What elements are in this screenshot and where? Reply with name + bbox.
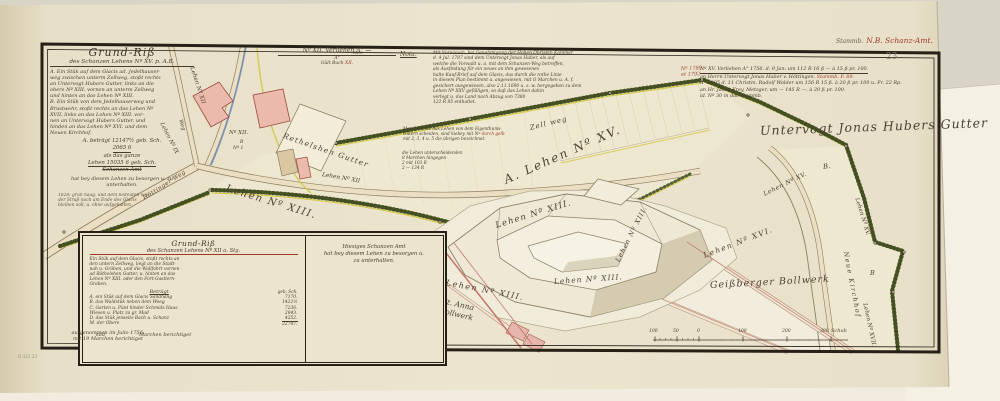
label-no-1789: Nº 1789 et 1792 [681, 65, 702, 78]
table-total-row: M. der Obere22747. [90, 321, 298, 327]
scale-label-100r: 100 [738, 329, 747, 334]
archive-mark: B 322 23 [18, 354, 37, 359]
row-label: M. der Obere [90, 321, 120, 327]
grant-line-1: Nº XV. Verliehen A° 1756. d. 9 Jan: um 1… [700, 66, 868, 74]
nota-heading: Nota. [400, 51, 417, 58]
note-1828: 1828: grün haag, und dem bedeuten was de… [58, 193, 194, 209]
map-title: Grund-Riß [50, 46, 194, 59]
inset-obligation: Hiesiges Schanzen Amt hat bey diesem Leh… [312, 244, 437, 265]
inset-description: Ein Stük auf dem Glacis, stoßt rechts an… [90, 257, 298, 288]
struck-text: Schanzen Amt [50, 167, 194, 174]
row-value: 22747. [282, 321, 297, 327]
label-b-upper: B. [822, 162, 830, 171]
map-subtitle: des Schanzen Lehens Nº XV. p. A.B. [50, 59, 194, 67]
note-marchen: Marchen, die das Lehen von dem Eigenthum… [403, 126, 523, 141]
label-no-1: Nº 1 [233, 146, 243, 151]
heading-xii-line: Nº XII. Verliehen A° — [278, 47, 396, 56]
scale-label-0: 0 [697, 329, 700, 334]
heading-lehen-xii: Nº XII. Verliehen A° — A° Gült Buch XII. [278, 47, 396, 66]
label-tum: tum [353, 51, 363, 57]
header-red-text: N.B. Schanz-Amt. [866, 36, 933, 45]
label-lehen-xii-red: Nº XII. [229, 130, 248, 136]
scale-label-300: 300 [820, 329, 829, 334]
label-b-lower: B [870, 270, 875, 277]
scale-unit: Schuh [831, 328, 847, 334]
inset-grundriss-xii: Grund-Riß des Schanzen Lehens Nº XII a. … [78, 231, 447, 366]
label-b-red: B [240, 140, 243, 145]
scale-label-50: 50 [673, 329, 679, 334]
survey-note: aufgenommen im Julio 1756. mit 19 Marche… [46, 330, 170, 343]
header-prefix: Stammb. [836, 38, 863, 45]
title-description: A. Ein Stük auf dem Glacis ad. Jedelhaus… [50, 69, 194, 136]
inset-subtitle: des Schanzen Lehens Nº XII a. Stg. [90, 248, 298, 256]
nota-body: Mit Vorwissen, bei Genehmigung der Hohen… [433, 51, 638, 106]
nota-block: Nota. Mit Vorwissen, bei Genehmigung der… [400, 51, 638, 106]
note-marchen-b: mit 2, 3, 4 u. 5 die übrigen bezeichnet. [403, 136, 485, 141]
grant-record-block: Nº XV. Verliehen A° 1756. d. 9 Jan: um 1… [700, 55, 942, 99]
guelt-buch: Gült Buch [321, 61, 345, 66]
inset-right-column: Hiesiges Schanzen Amt hat bey diesem Leh… [305, 236, 443, 362]
scale-label-200: 200 [782, 329, 791, 334]
red-header-schanz-amt: Stammb.N.B. Schanz-Amt. [836, 36, 933, 45]
sum-b: 2065 6 [113, 145, 132, 153]
building-pink-2 [253, 89, 290, 128]
guelt-buch-xii-red: XII. [345, 61, 353, 66]
grant-line-5: id. Nº 30 in das Stammb. [700, 93, 942, 99]
scanned-map-sheet: Grund-Riß des Schanzen Lehens Nº XV. p. … [0, 0, 1000, 401]
inset-title: Grund-Riß [90, 239, 298, 248]
page-number: 23 [886, 52, 897, 62]
scale-label-100l: 100 [649, 329, 658, 334]
